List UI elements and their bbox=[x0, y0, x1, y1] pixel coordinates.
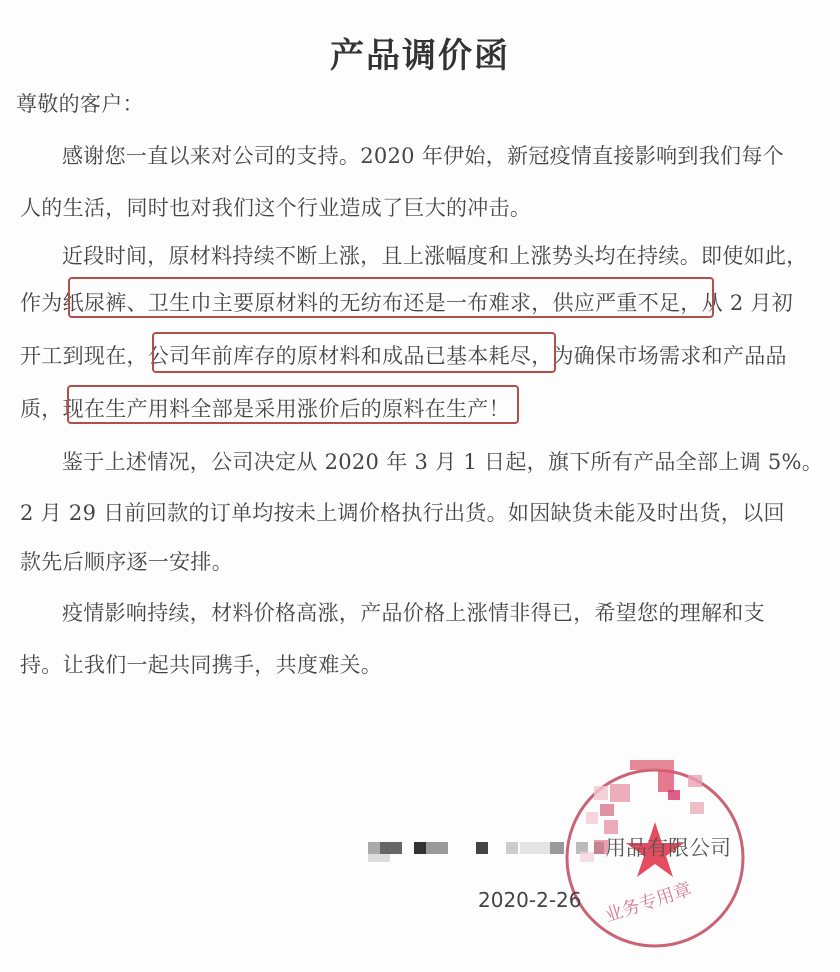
paragraph-line-8: 2 月 29 日前回款的订单均按未上调价格执行出货。如因缺货未能及时出货，以回 bbox=[20, 497, 785, 527]
price-adjustment-letter: 产品调价函 尊敬的客户： 感谢您一直以来对公司的支持。2020 年伊始，新冠疫情… bbox=[0, 0, 840, 972]
svg-text:业务专用章: 业务专用章 bbox=[602, 879, 694, 927]
paragraph-line-1: 感谢您一直以来对公司的支持。2020 年伊始，新冠疫情直接影响到我们每个 bbox=[62, 140, 784, 170]
paragraph-line-10: 疫情影响持续，材料价格高涨，产品价格上涨情非得已，希望您的理解和支 bbox=[62, 597, 765, 627]
paragraph-line-5: 开工到现在，公司年前库存的原材料和成品已基本耗尽，为确保市场需求和产品品 bbox=[20, 340, 787, 370]
paragraph-line-7: 鉴于上述情况，公司决定从 2020 年 3 月 1 日起，旗下所有产品全部上调 … bbox=[62, 446, 823, 476]
paragraph-line-9: 款先后顺序逐一安排。 bbox=[20, 546, 233, 576]
paragraph-line-3: 近段时间，原材料持续不断上涨，且上涨幅度和上涨势头均在持续。即使如此， bbox=[62, 240, 808, 270]
letter-title: 产品调价函 bbox=[0, 28, 840, 77]
paragraph-line-6: 质，现在生产用料全部是采用涨价后的原料在生产！ bbox=[20, 393, 510, 423]
company-name: 用品有限公司 bbox=[605, 832, 731, 862]
paragraph-line-2: 人的生活，同时也对我们这个行业造成了巨大的冲击。 bbox=[20, 192, 531, 222]
salutation: 尊敬的客户： bbox=[16, 88, 144, 118]
letter-date: 2020-2-26 bbox=[478, 888, 582, 912]
paragraph-line-11: 持。让我们一起共同携手，共度难关。 bbox=[20, 649, 382, 679]
paragraph-line-4: 作为纸尿裤、卫生巾主要原材料的无纺布还是一布难求，供应严重不足，从 2 月初 bbox=[20, 287, 793, 317]
